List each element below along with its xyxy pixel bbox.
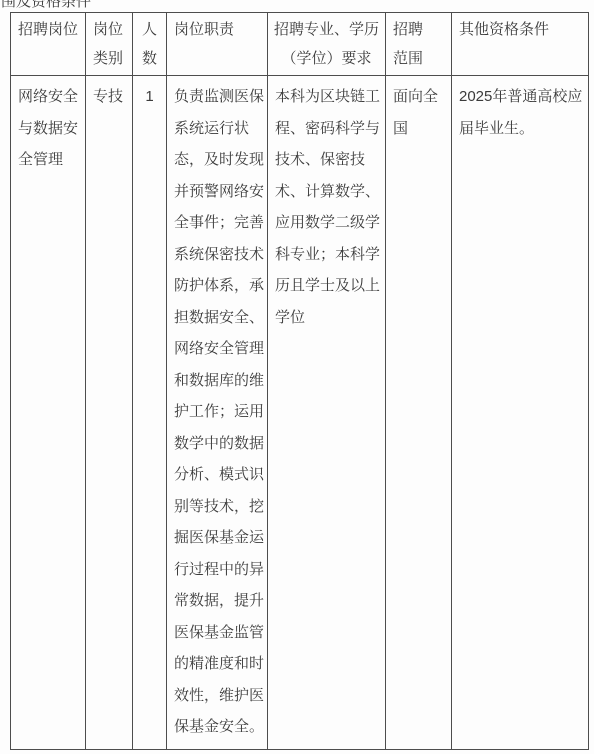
- cell-requirements: 本科为区块链工 程、密码科学与 技术、保密技 术、计算数学、 应用数学二级学 科…: [268, 76, 386, 750]
- clipped-heading: 围及资格条件: [0, 0, 594, 12]
- cell-headcount: 1: [133, 76, 167, 750]
- header-requirements: 招聘专业、学历 （学位）要求: [268, 13, 386, 76]
- header-position: 招聘岗位: [11, 13, 86, 76]
- recruitment-table: 招聘岗位 岗位 类别 人 数 岗位职责 招聘专业、学历 （学位）要求 招聘 范围…: [10, 12, 589, 750]
- cell-other: 2025年普通高校应 届毕业生。: [452, 76, 589, 750]
- header-duties: 岗位职责: [167, 13, 268, 76]
- cell-position: 网络安全 与数据安 全管理: [11, 76, 86, 750]
- header-row: 招聘岗位 岗位 类别 人 数 岗位职责 招聘专业、学历 （学位）要求 招聘 范围…: [11, 13, 589, 76]
- clipped-heading-text: 围及资格条件: [1, 0, 594, 10]
- cell-duties: 负责监测医保 系统运行状 态，及时发现 并预警网络安 全事件；完善 系统保密技术…: [167, 76, 268, 750]
- cell-scope: 面向全 国: [386, 76, 452, 750]
- document-page: 围及资格条件 招聘岗位 岗位 类别 人 数 岗位职责 招聘专业、学历 （学位）要…: [0, 0, 594, 754]
- header-headcount: 人 数: [133, 13, 167, 76]
- header-scope: 招聘 范围: [386, 13, 452, 76]
- table-row: 网络安全 与数据安 全管理 专技 1 负责监测医保 系统运行状 态，及时发现 并…: [11, 76, 589, 750]
- header-other: 其他资格条件: [452, 13, 589, 76]
- header-category: 岗位 类别: [86, 13, 133, 76]
- cell-category: 专技: [86, 76, 133, 750]
